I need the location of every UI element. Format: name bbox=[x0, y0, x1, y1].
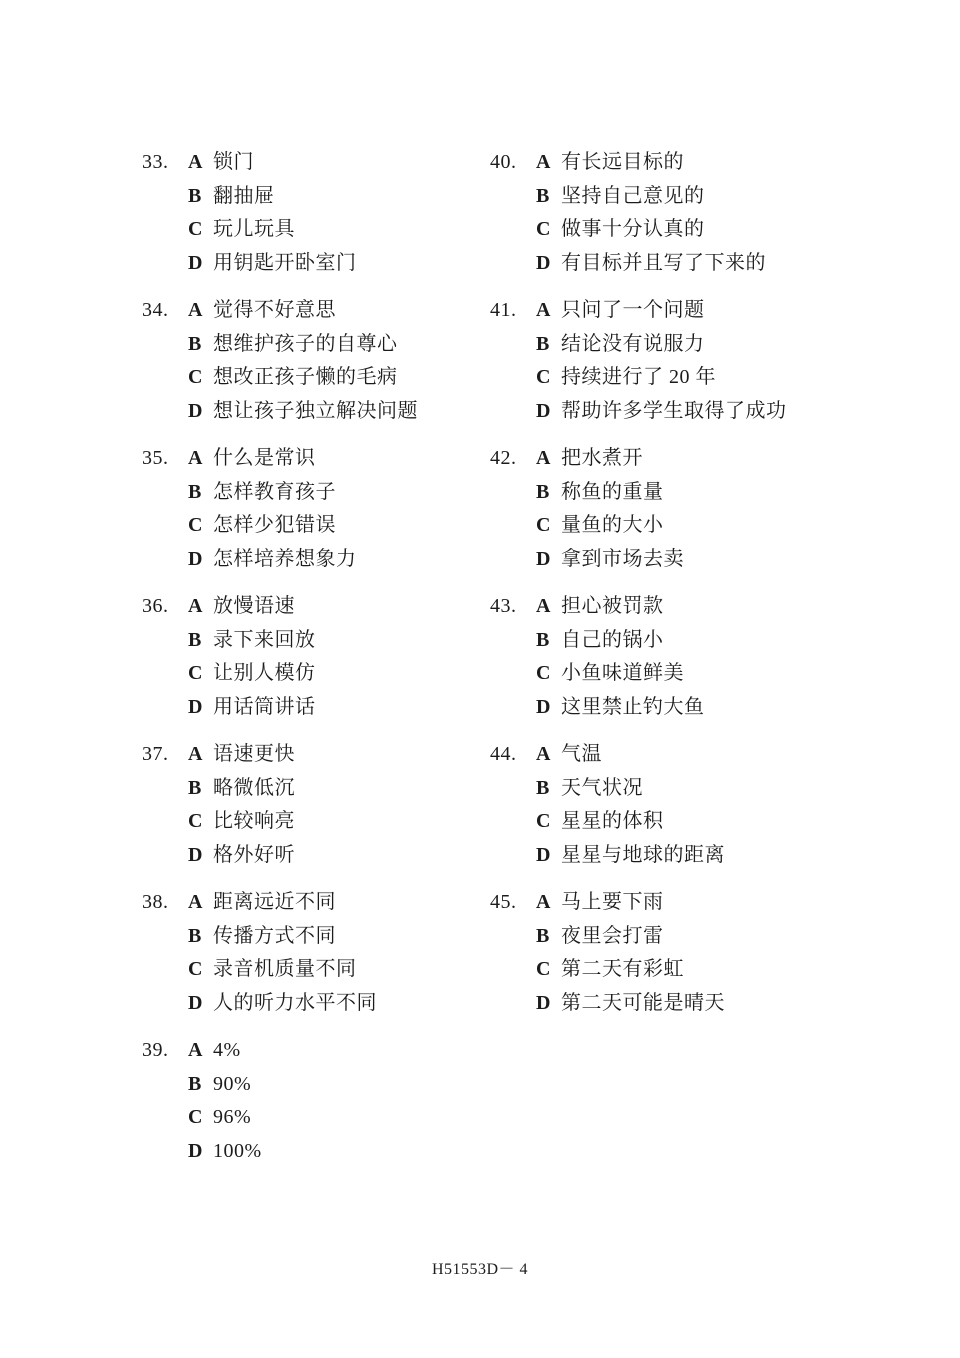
option-text: 想维护孩子的自尊心 bbox=[213, 328, 398, 362]
option-letter: D bbox=[536, 247, 561, 281]
option-letter: A bbox=[536, 590, 561, 624]
option-row: 43.A担心被罚款 bbox=[490, 590, 787, 624]
option-letter: D bbox=[188, 839, 213, 873]
option-letter: C bbox=[188, 657, 213, 691]
question-45: 45.A马上要下雨B夜里会打雷C第二天有彩虹D第二天可能是晴天 bbox=[490, 886, 787, 1020]
option-letter: A bbox=[188, 738, 213, 772]
option-letter: D bbox=[188, 691, 213, 725]
option-letter: B bbox=[536, 920, 561, 954]
option-row: B夜里会打雷 bbox=[490, 920, 787, 954]
option-text: 做事十分认真的 bbox=[561, 213, 705, 247]
option-letter: D bbox=[536, 839, 561, 873]
option-letter: B bbox=[536, 180, 561, 214]
option-row: 34.A觉得不好意思 bbox=[142, 294, 418, 328]
option-text: 用钥匙开卧室门 bbox=[213, 247, 357, 281]
option-text: 夜里会打雷 bbox=[561, 920, 664, 954]
option-letter: A bbox=[188, 886, 213, 920]
option-row: C第二天有彩虹 bbox=[490, 953, 787, 987]
question-number: 39. bbox=[142, 1034, 188, 1068]
option-letter: C bbox=[188, 805, 213, 839]
option-row: D用话筒讲话 bbox=[142, 691, 418, 725]
option-row: D这里禁止钓大鱼 bbox=[490, 691, 787, 725]
option-text: 距离远近不同 bbox=[213, 886, 336, 920]
option-row: B称鱼的重量 bbox=[490, 476, 787, 510]
option-letter: A bbox=[536, 442, 561, 476]
option-text: 锁门 bbox=[213, 146, 254, 180]
option-letter: D bbox=[188, 395, 213, 429]
option-letter: B bbox=[188, 920, 213, 954]
option-row: 44.A气温 bbox=[490, 738, 787, 772]
option-row: 38.A距离远近不同 bbox=[142, 886, 418, 920]
option-letter: A bbox=[188, 442, 213, 476]
option-letter: B bbox=[188, 1068, 213, 1102]
option-row: C持续进行了 20 年 bbox=[490, 361, 787, 395]
option-letter: D bbox=[536, 987, 561, 1021]
option-letter: C bbox=[188, 213, 213, 247]
option-text: 马上要下雨 bbox=[561, 886, 664, 920]
option-text: 结论没有说服力 bbox=[561, 328, 705, 362]
option-row: C做事十分认真的 bbox=[490, 213, 787, 247]
option-text: 玩儿玩具 bbox=[213, 213, 295, 247]
option-letter: B bbox=[536, 328, 561, 362]
option-text: 怎样教育孩子 bbox=[213, 476, 336, 510]
question-number: 43. bbox=[490, 590, 536, 624]
option-row: B录下来回放 bbox=[142, 624, 418, 658]
option-text: 翻抽屉 bbox=[213, 180, 275, 214]
question-number: 41. bbox=[490, 294, 536, 328]
option-text: 坚持自己意见的 bbox=[561, 180, 705, 214]
option-row: C比较响亮 bbox=[142, 805, 418, 839]
option-row: D有目标并且写了下来的 bbox=[490, 247, 787, 281]
option-letter: A bbox=[536, 886, 561, 920]
option-letter: A bbox=[188, 1034, 213, 1068]
question-40: 40.A有长远目标的B坚持自己意见的C做事十分认真的D有目标并且写了下来的 bbox=[490, 146, 787, 280]
option-row: 45.A马上要下雨 bbox=[490, 886, 787, 920]
option-row: D100% bbox=[142, 1135, 418, 1169]
question-43: 43.A担心被罚款B自己的锅小C小鱼味道鲜美D这里禁止钓大鱼 bbox=[490, 590, 787, 724]
option-letter: C bbox=[536, 953, 561, 987]
option-row: D星星与地球的距离 bbox=[490, 839, 787, 873]
question-38: 38.A距离远近不同B传播方式不同C录音机质量不同D人的听力水平不同 bbox=[142, 886, 418, 1020]
option-text: 怎样少犯错误 bbox=[213, 509, 336, 543]
option-letter: B bbox=[536, 624, 561, 658]
option-letter: C bbox=[536, 657, 561, 691]
option-text: 把水煮开 bbox=[561, 442, 643, 476]
question-44: 44.A气温B天气状况C星星的体积D星星与地球的距离 bbox=[490, 738, 787, 872]
option-row: B结论没有说服力 bbox=[490, 328, 787, 362]
option-row: B天气状况 bbox=[490, 772, 787, 806]
option-text: 放慢语速 bbox=[213, 590, 295, 624]
option-letter: A bbox=[188, 146, 213, 180]
question-36: 36.A放慢语速B录下来回放C让别人模仿D用话筒讲话 bbox=[142, 590, 418, 724]
option-row: C星星的体积 bbox=[490, 805, 787, 839]
option-row: D格外好听 bbox=[142, 839, 418, 873]
option-row: D怎样培养想象力 bbox=[142, 543, 418, 577]
option-letter: B bbox=[188, 180, 213, 214]
question-number: 45. bbox=[490, 886, 536, 920]
option-letter: A bbox=[536, 294, 561, 328]
option-letter: A bbox=[536, 146, 561, 180]
option-letter: B bbox=[188, 624, 213, 658]
option-row: 37.A语速更快 bbox=[142, 738, 418, 772]
option-letter: D bbox=[188, 987, 213, 1021]
option-text: 觉得不好意思 bbox=[213, 294, 336, 328]
option-letter: A bbox=[188, 590, 213, 624]
option-text: 第二天有彩虹 bbox=[561, 953, 684, 987]
option-text: 录音机质量不同 bbox=[213, 953, 357, 987]
option-text: 传播方式不同 bbox=[213, 920, 336, 954]
option-letter: B bbox=[188, 476, 213, 510]
option-row: C怎样少犯错误 bbox=[142, 509, 418, 543]
option-letter: D bbox=[188, 543, 213, 577]
option-text: 拿到市场去卖 bbox=[561, 543, 684, 577]
option-text: 略微低沉 bbox=[213, 772, 295, 806]
option-row: B坚持自己意见的 bbox=[490, 180, 787, 214]
question-35: 35.A什么是常识B怎样教育孩子C怎样少犯错误D怎样培养想象力 bbox=[142, 442, 418, 576]
option-text: 自己的锅小 bbox=[561, 624, 664, 658]
option-letter: C bbox=[188, 1101, 213, 1135]
option-text: 什么是常识 bbox=[213, 442, 316, 476]
option-row: 42.A把水煮开 bbox=[490, 442, 787, 476]
option-text: 怎样培养想象力 bbox=[213, 543, 357, 577]
option-text: 想让孩子独立解决问题 bbox=[213, 395, 418, 429]
left-question-column: 33.A锁门B翻抽屉C玩儿玩具D用钥匙开卧室门34.A觉得不好意思B想维护孩子的… bbox=[142, 146, 418, 1182]
option-row: C让别人模仿 bbox=[142, 657, 418, 691]
option-text: 用话筒讲话 bbox=[213, 691, 316, 725]
option-row: 39.A4% bbox=[142, 1034, 418, 1068]
option-text: 比较响亮 bbox=[213, 805, 295, 839]
option-text: 持续进行了 20 年 bbox=[561, 361, 716, 395]
option-row: D用钥匙开卧室门 bbox=[142, 247, 418, 281]
option-letter: C bbox=[536, 805, 561, 839]
question-33: 33.A锁门B翻抽屉C玩儿玩具D用钥匙开卧室门 bbox=[142, 146, 418, 280]
option-letter: C bbox=[536, 361, 561, 395]
option-letter: D bbox=[536, 691, 561, 725]
option-text: 只问了一个问题 bbox=[561, 294, 705, 328]
option-row: C量鱼的大小 bbox=[490, 509, 787, 543]
option-text: 担心被罚款 bbox=[561, 590, 664, 624]
option-text: 小鱼味道鲜美 bbox=[561, 657, 684, 691]
option-text: 量鱼的大小 bbox=[561, 509, 664, 543]
option-letter: D bbox=[188, 1135, 213, 1169]
option-row: 35.A什么是常识 bbox=[142, 442, 418, 476]
option-letter: C bbox=[536, 213, 561, 247]
option-letter: D bbox=[536, 543, 561, 577]
exam-page: 33.A锁门B翻抽屉C玩儿玩具D用钥匙开卧室门34.A觉得不好意思B想维护孩子的… bbox=[0, 0, 960, 1358]
option-row: 41.A只问了一个问题 bbox=[490, 294, 787, 328]
option-row: B翻抽屉 bbox=[142, 180, 418, 214]
option-text: 录下来回放 bbox=[213, 624, 316, 658]
option-row: B传播方式不同 bbox=[142, 920, 418, 954]
question-39: 39.A4%B90%C96%D100% bbox=[142, 1034, 418, 1168]
question-number: 37. bbox=[142, 738, 188, 772]
option-text: 有长远目标的 bbox=[561, 146, 684, 180]
option-text: 想改正孩子懒的毛病 bbox=[213, 361, 398, 395]
option-row: C想改正孩子懒的毛病 bbox=[142, 361, 418, 395]
option-row: C小鱼味道鲜美 bbox=[490, 657, 787, 691]
option-letter: B bbox=[536, 772, 561, 806]
page-footer: H51553D－ 4 bbox=[0, 1256, 960, 1279]
option-letter: A bbox=[188, 294, 213, 328]
question-number: 34. bbox=[142, 294, 188, 328]
option-row: D拿到市场去卖 bbox=[490, 543, 787, 577]
option-row: B略微低沉 bbox=[142, 772, 418, 806]
right-question-column: 40.A有长远目标的B坚持自己意见的C做事十分认真的D有目标并且写了下来的41.… bbox=[490, 146, 787, 1034]
option-text: 星星的体积 bbox=[561, 805, 664, 839]
option-row: D第二天可能是晴天 bbox=[490, 987, 787, 1021]
question-number: 33. bbox=[142, 146, 188, 180]
option-row: D想让孩子独立解决问题 bbox=[142, 395, 418, 429]
option-row: 40.A有长远目标的 bbox=[490, 146, 787, 180]
option-letter: C bbox=[188, 361, 213, 395]
option-text: 气温 bbox=[561, 738, 602, 772]
question-number: 38. bbox=[142, 886, 188, 920]
option-letter: C bbox=[188, 509, 213, 543]
question-41: 41.A只问了一个问题B结论没有说服力C持续进行了 20 年D帮助许多学生取得了… bbox=[490, 294, 787, 428]
option-row: C录音机质量不同 bbox=[142, 953, 418, 987]
option-text: 让别人模仿 bbox=[213, 657, 316, 691]
question-42: 42.A把水煮开B称鱼的重量C量鱼的大小D拿到市场去卖 bbox=[490, 442, 787, 576]
option-row: 36.A放慢语速 bbox=[142, 590, 418, 624]
question-number: 42. bbox=[490, 442, 536, 476]
option-row: B怎样教育孩子 bbox=[142, 476, 418, 510]
option-text: 96% bbox=[213, 1101, 251, 1135]
option-text: 称鱼的重量 bbox=[561, 476, 664, 510]
option-row: B90% bbox=[142, 1068, 418, 1102]
option-text: 人的听力水平不同 bbox=[213, 987, 377, 1021]
option-row: C玩儿玩具 bbox=[142, 213, 418, 247]
question-number: 40. bbox=[490, 146, 536, 180]
option-letter: A bbox=[536, 738, 561, 772]
option-text: 100% bbox=[213, 1135, 262, 1169]
option-text: 天气状况 bbox=[561, 772, 643, 806]
option-letter: D bbox=[536, 395, 561, 429]
option-row: D人的听力水平不同 bbox=[142, 987, 418, 1021]
option-row: 33.A锁门 bbox=[142, 146, 418, 180]
option-text: 帮助许多学生取得了成功 bbox=[561, 395, 787, 429]
option-text: 星星与地球的距离 bbox=[561, 839, 725, 873]
option-text: 4% bbox=[213, 1034, 241, 1068]
option-letter: D bbox=[188, 247, 213, 281]
question-number: 36. bbox=[142, 590, 188, 624]
option-text: 有目标并且写了下来的 bbox=[561, 247, 766, 281]
option-row: C96% bbox=[142, 1101, 418, 1135]
option-letter: B bbox=[188, 328, 213, 362]
option-letter: C bbox=[188, 953, 213, 987]
option-text: 语速更快 bbox=[213, 738, 295, 772]
option-text: 90% bbox=[213, 1068, 251, 1102]
option-text: 这里禁止钓大鱼 bbox=[561, 691, 705, 725]
option-row: B想维护孩子的自尊心 bbox=[142, 328, 418, 362]
option-row: D帮助许多学生取得了成功 bbox=[490, 395, 787, 429]
option-letter: C bbox=[536, 509, 561, 543]
option-text: 第二天可能是晴天 bbox=[561, 987, 725, 1021]
question-number: 44. bbox=[490, 738, 536, 772]
question-number: 35. bbox=[142, 442, 188, 476]
option-row: B自己的锅小 bbox=[490, 624, 787, 658]
option-text: 格外好听 bbox=[213, 839, 295, 873]
option-letter: B bbox=[188, 772, 213, 806]
question-34: 34.A觉得不好意思B想维护孩子的自尊心C想改正孩子懒的毛病D想让孩子独立解决问… bbox=[142, 294, 418, 428]
question-37: 37.A语速更快B略微低沉C比较响亮D格外好听 bbox=[142, 738, 418, 872]
option-letter: B bbox=[536, 476, 561, 510]
